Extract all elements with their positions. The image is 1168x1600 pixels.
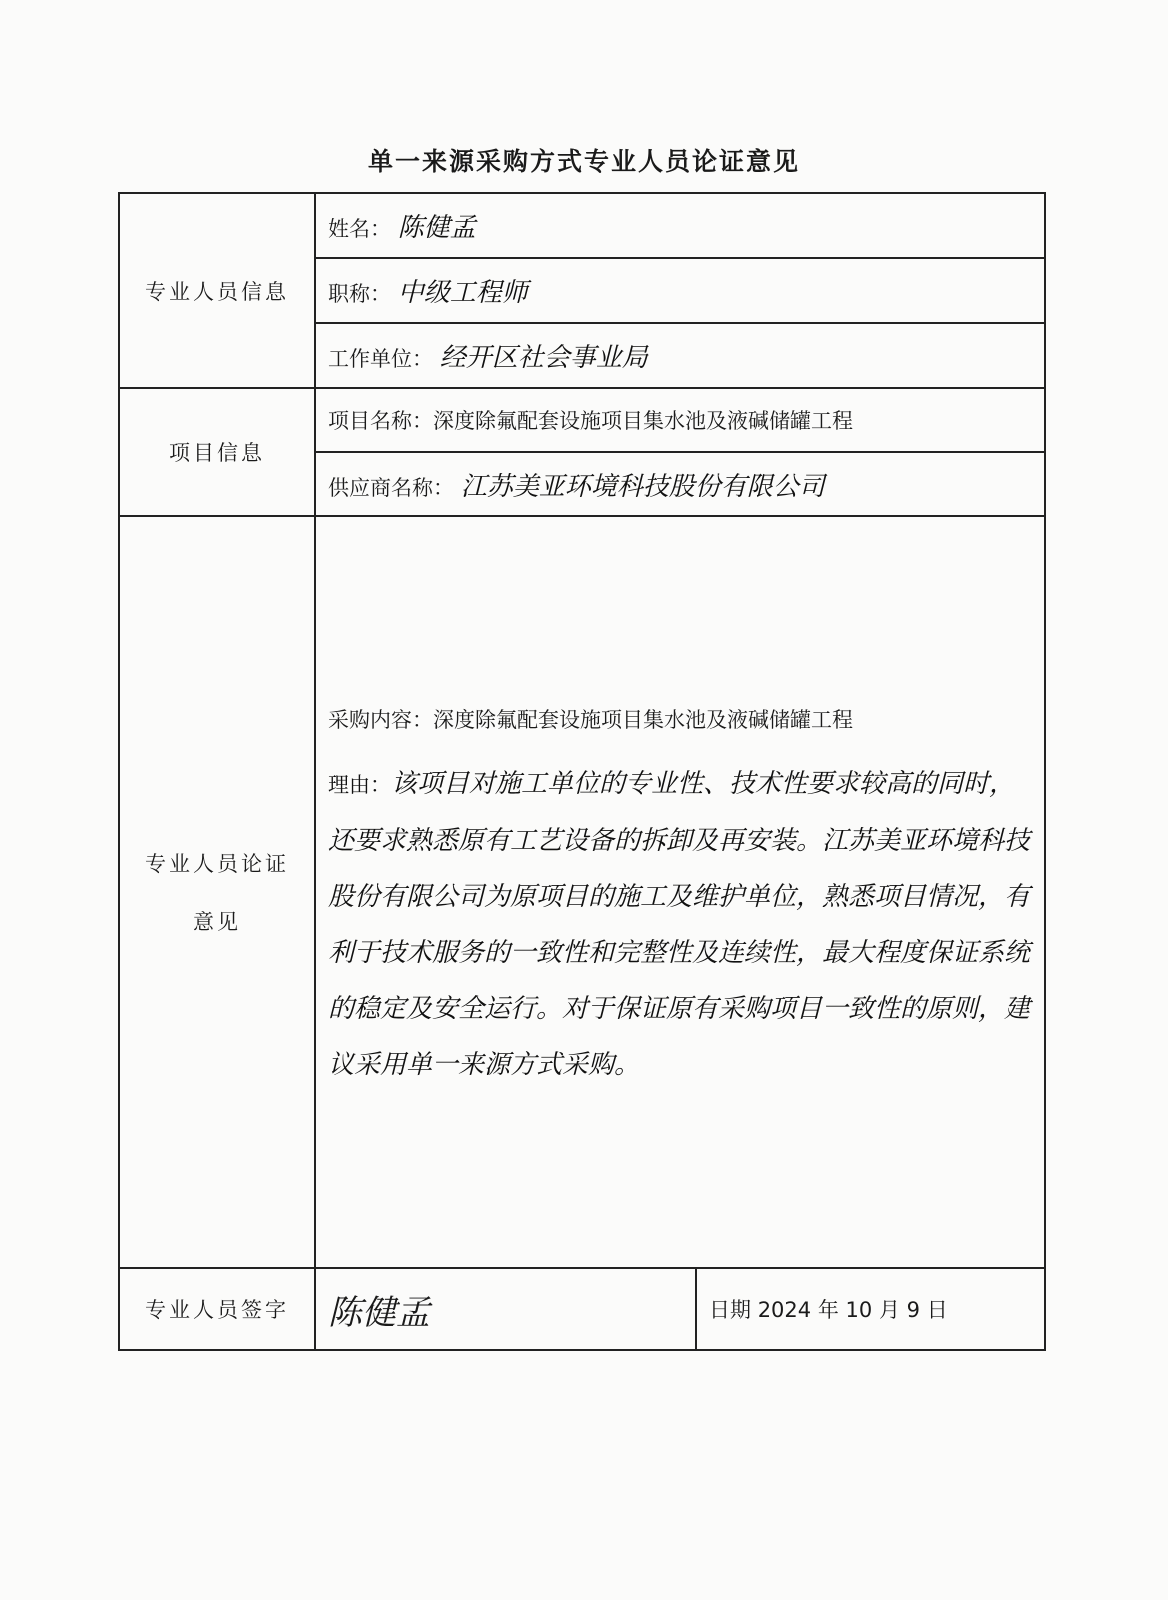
date-label: 日期 (709, 1298, 751, 1322)
signature-row: 陈健孟 日期 2024 年 10 月 9 日 (315, 1268, 1045, 1350)
project-name-cell: 项目名称：深度除氟配套设施项目集水池及液碱储罐工程 (315, 388, 1045, 452)
supplier-label: 供应商名称： (328, 476, 454, 500)
opinion-section-label: 专业人员论证 意见 (119, 516, 315, 1268)
argument-form-table: 专业人员信息 姓名： 陈健孟 职称： 中级工程师 工作单位： 经开区社会事业局 … (118, 192, 1046, 1351)
unit-cell: 工作单位： 经开区社会事业局 (315, 323, 1045, 388)
date-month: 10 (846, 1298, 873, 1322)
title-cell: 职称： 中级工程师 (315, 258, 1045, 323)
project-name-label: 项目名称： (328, 409, 433, 433)
unit-label: 工作单位： (328, 347, 433, 371)
expert-info-section-label: 专业人员信息 (119, 193, 315, 388)
procurement-content: 采购内容：深度除氟配套设施项目集水池及液碱储罐工程 (328, 692, 1032, 748)
date-year: 2024 (758, 1298, 811, 1322)
day-unit: 日 (927, 1298, 948, 1322)
name-value: 陈健孟 (398, 213, 476, 243)
reason-paragraph: 理由：该项目对施工单位的专业性、技术性要求较高的同时，还要求熟悉原有工艺设备的拆… (328, 756, 1032, 1093)
content-value: 深度除氟配套设施项目集水池及液碱储罐工程 (433, 708, 853, 732)
title-value: 中级工程师 (398, 278, 528, 308)
opinion-label-line1: 专业人员论证 (145, 852, 289, 876)
name-label: 姓名： (328, 217, 391, 241)
supplier-value: 江苏美亚环境科技股份有限公司 (461, 472, 825, 502)
signature-cell: 陈健孟 (316, 1269, 696, 1349)
date-day: 9 (907, 1298, 920, 1322)
signature-label: 专业人员签字 (119, 1268, 315, 1350)
project-name-value: 深度除氟配套设施项目集水池及液碱储罐工程 (433, 409, 853, 433)
title-label: 职称： (328, 282, 391, 306)
year-unit: 年 (818, 1298, 839, 1322)
opinion-cell: 采购内容：深度除氟配套设施项目集水池及液碱储罐工程 理由：该项目对施工单位的专业… (315, 516, 1045, 1268)
document-title: 单一来源采购方式专业人员论证意见 (0, 142, 1168, 178)
name-cell: 姓名： 陈健孟 (315, 193, 1045, 258)
reason-value: 该项目对施工单位的专业性、技术性要求较高的同时，还要求熟悉原有工艺设备的拆卸及再… (328, 769, 1030, 1080)
opinion-label-line2: 意见 (132, 906, 302, 936)
month-unit: 月 (879, 1298, 900, 1322)
project-info-section-label: 项目信息 (119, 388, 315, 516)
supplier-cell: 供应商名称： 江苏美亚环境科技股份有限公司 (315, 452, 1045, 516)
date-cell: 日期 2024 年 10 月 9 日 (696, 1269, 1044, 1349)
reason-label: 理由： (328, 773, 391, 797)
content-label: 采购内容： (328, 708, 433, 732)
signature-value: 陈健孟 (328, 1293, 430, 1333)
unit-value: 经开区社会事业局 (440, 343, 648, 373)
